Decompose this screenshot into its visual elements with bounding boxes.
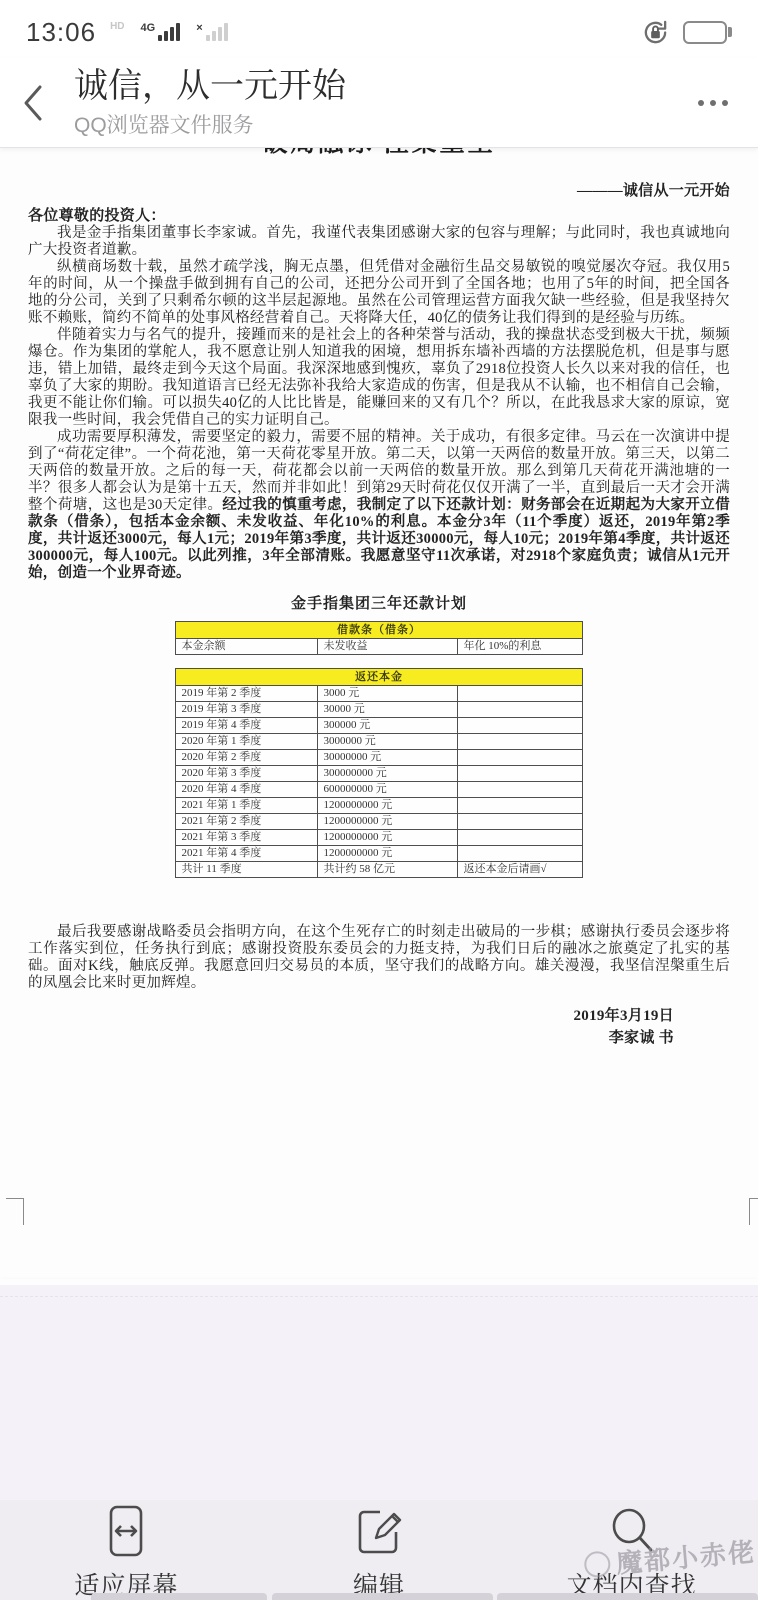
closing-paragraph: 最后我要感谢战略委员会指明方向，在这个生死存亡的时刻走出破局的一步棋；感谢执行委… (28, 924, 730, 992)
table-row: 本金余额 未发收益 年化 10%的利息 (176, 639, 582, 655)
document-signature: 李家诚 书 (28, 1030, 730, 1047)
table-cell: 共计 11 季度 (176, 862, 318, 878)
loan-note-table: 借款条（借条） 本金余额 未发收益 年化 10%的利息 (175, 621, 582, 655)
table-cell: 2020 年第 3 季度 (176, 766, 318, 782)
table-cell: 3000000 元 (318, 734, 458, 750)
salutation: 各位尊敬的投资人： (28, 208, 730, 225)
table-cell (458, 686, 582, 702)
table-row: 2021 年第 2 季度1200000000 元 (176, 814, 582, 830)
table-row: 2020 年第 3 季度300000000 元 (176, 766, 582, 782)
table-cell: 2021 年第 4 季度 (176, 846, 318, 862)
fit-screen-icon (104, 1504, 148, 1558)
battery-icon (683, 21, 732, 44)
next-row-peek (0, 1592, 758, 1600)
document-page: 破局融冰 涅槃重生 ———诚信从一元开始 各位尊敬的投资人： 我是金手指集团董事… (0, 148, 758, 1285)
table-cell (458, 766, 582, 782)
table-cell: 未发收益 (318, 639, 458, 655)
table-cell: 1200000000 元 (318, 830, 458, 846)
table-cell: 返还本金后请画√ (458, 862, 582, 878)
paragraph: 纵横商场数十载，虽然才疏学浅，胸无点墨，但凭借对金融衍生品交易敏锐的嗅觉屡次夺冠… (28, 259, 730, 327)
document-byline: ———诚信从一元开始 (28, 183, 730, 200)
paragraph: 我是金手指集团董事长李家诚。首先，我谨代表集团感谢大家的包容与理解；与此同时，我… (28, 225, 730, 259)
table-cell: 30000 元 (318, 702, 458, 718)
fit-screen-button[interactable]: 适应屏幕 (0, 1504, 253, 1600)
chevron-left-icon (20, 81, 46, 125)
table-cell: 3000 元 (318, 686, 458, 702)
table-cell (458, 830, 582, 846)
table-header-row: 借款条（借条） (176, 622, 582, 639)
table-cell: 1200000000 元 (318, 846, 458, 862)
table-row: 2021 年第 1 季度1200000000 元 (176, 798, 582, 814)
table-row: 2020 年第 2 季度30000000 元 (176, 750, 582, 766)
table-row: 2020 年第 1 季度3000000 元 (176, 734, 582, 750)
table-header-cell: 借款条（借条） (176, 622, 582, 639)
table-cell: 2019 年第 4 季度 (176, 718, 318, 734)
document-date: 2019年3月19日 (28, 1008, 730, 1025)
bottom-toolbar: 适应屏幕 编辑 文档内查找 魔都小赤佬 (0, 1500, 758, 1600)
table-cell: 2020 年第 2 季度 (176, 750, 318, 766)
more-menu-button[interactable] (696, 90, 730, 116)
signal-strength-icon: 4G (141, 23, 181, 41)
table-row: 共计 11 季度共计约 58 亿元返还本金后请画√ (176, 862, 582, 878)
table-cell (458, 798, 582, 814)
table-row: 2019 年第 2 季度3000 元 (176, 686, 582, 702)
bottom-sheet-panel (0, 1285, 758, 1500)
table-cell: 600000000 元 (318, 782, 458, 798)
table-cell: 2021 年第 1 季度 (176, 798, 318, 814)
table-cell: 本金余额 (176, 639, 318, 655)
edit-button[interactable]: 编辑 (253, 1504, 506, 1600)
page-subtitle: QQ浏览器文件服务 (74, 109, 696, 139)
back-button[interactable] (20, 75, 60, 131)
table-row: 2019 年第 3 季度30000 元 (176, 702, 582, 718)
table-cell: 2021 年第 3 季度 (176, 830, 318, 846)
table-cell: 2020 年第 4 季度 (176, 782, 318, 798)
phone-screen: 13:06 HD 4G × (0, 0, 758, 1600)
table-row: 2021 年第 3 季度1200000000 元 (176, 830, 582, 846)
table-row: 2019 年第 4 季度300000 元 (176, 718, 582, 734)
table-cell (458, 718, 582, 734)
table-cell (458, 846, 582, 862)
signal-strength-icon-sim2: × (196, 23, 227, 41)
table-cell (458, 734, 582, 750)
edit-icon (352, 1504, 406, 1558)
table-cell: 300000000 元 (318, 766, 458, 782)
document-clipped-title: 破局融冰 涅槃重生 (28, 148, 730, 163)
paragraph: 伴随着实力与名气的提升，接踵而来的是社会上的各种荣誉与活动，我的操盘状态受到极大… (28, 327, 730, 429)
page-title: 诚信，从一元开始 (74, 66, 696, 106)
page-corner-mark (749, 1198, 758, 1225)
table-cell: 1200000000 元 (318, 798, 458, 814)
page-corner-mark (6, 1198, 24, 1225)
paragraph: 成功需要厚积薄发，需要坚定的毅力，需要不屈的精神。关于成功，有很多定律。马云在一… (28, 429, 730, 582)
network-type-label: 4G (141, 23, 156, 33)
table-header-row: 返还本金 (176, 669, 582, 686)
search-icon (605, 1504, 659, 1558)
table-cell: 共计约 58 亿元 (318, 862, 458, 878)
table-cell (458, 750, 582, 766)
table-cell: 30000000 元 (318, 750, 458, 766)
table-cell: 2021 年第 2 季度 (176, 814, 318, 830)
table-cell (458, 702, 582, 718)
table-title: 金手指集团三年还款计划 (28, 596, 730, 613)
table-cell: 年化 10%的利息 (458, 639, 582, 655)
repayment-table: 返还本金 2019 年第 2 季度3000 元2019 年第 3 季度30000… (175, 668, 582, 878)
table-cell (458, 782, 582, 798)
table-row: 2020 年第 4 季度600000000 元 (176, 782, 582, 798)
table-cell (458, 814, 582, 830)
table-row: 2021 年第 4 季度1200000000 元 (176, 846, 582, 862)
table-header-cell: 返还本金 (176, 669, 582, 686)
table-cell: 1200000000 元 (318, 814, 458, 830)
no-signal-label: × (196, 23, 202, 33)
find-in-document-button[interactable]: 文档内查找 (505, 1504, 758, 1600)
app-header: 诚信，从一元开始 QQ浏览器文件服务 (0, 58, 758, 148)
rotation-lock-icon (642, 19, 669, 46)
status-bar: 13:06 HD 4G × (0, 0, 758, 58)
table-cell: 300000 元 (318, 718, 458, 734)
table-cell: 2020 年第 1 季度 (176, 734, 318, 750)
table-cell: 2019 年第 2 季度 (176, 686, 318, 702)
table-cell: 2019 年第 3 季度 (176, 702, 318, 718)
hd-volte-icon: HD (110, 21, 124, 32)
clock: 13:06 (26, 17, 96, 48)
